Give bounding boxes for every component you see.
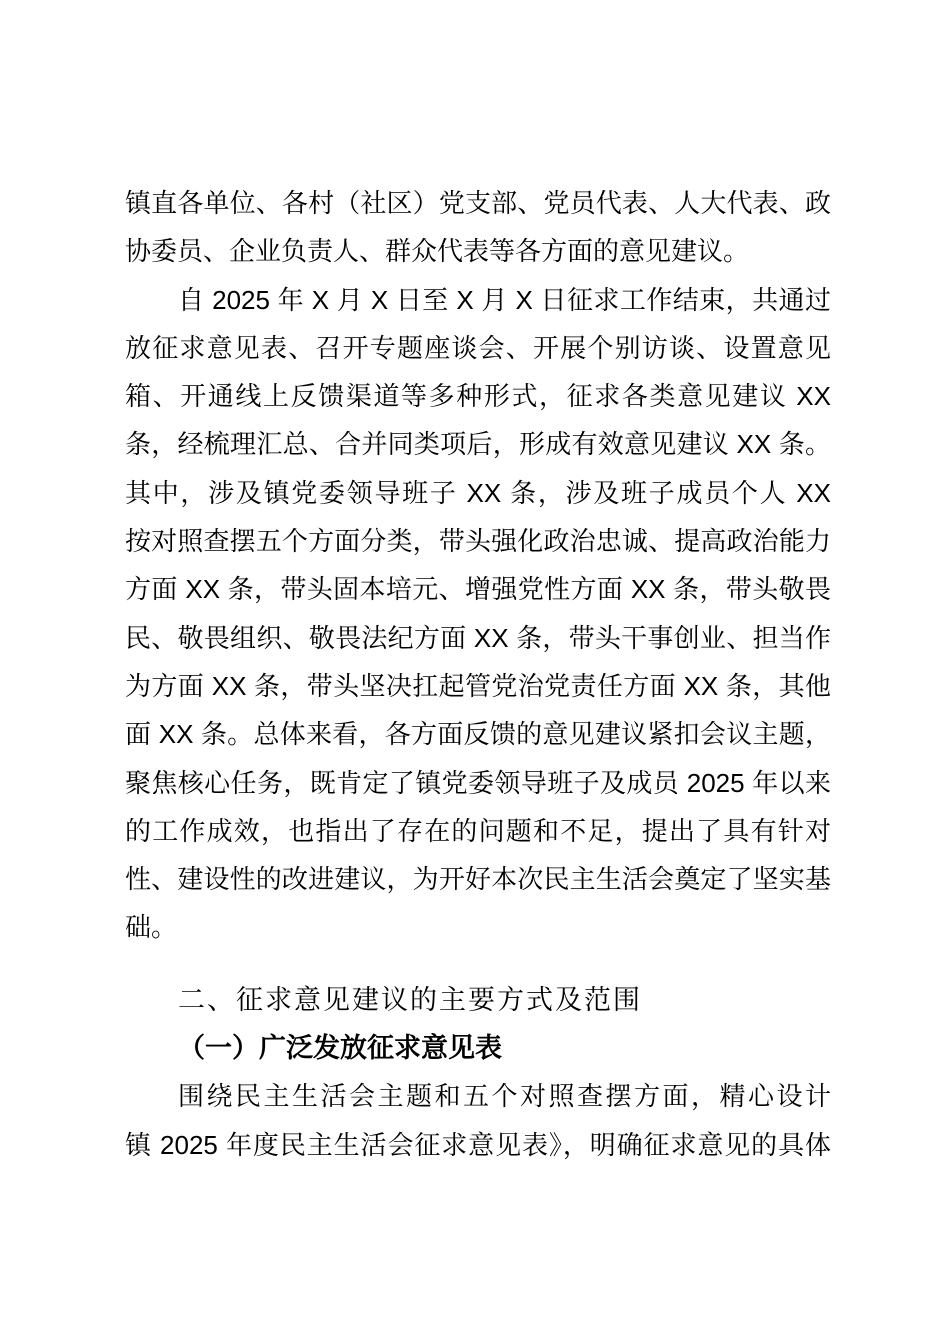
text-line: 聚焦核心任务，既肯定了镇党委领导班子及成员 2025 年以来: [125, 759, 831, 807]
text-line: 条，经梳理汇总、合并同类项后，形成有效意见建议 XX 条。: [125, 420, 831, 468]
text-line: 箱、开通线上反馈渠道等多种形式，征求各类意见建议 XX: [125, 372, 831, 420]
paragraph-form-design: 围绕民主生活会主题和五个对照查摆方面，精心设计《XX 镇 2025 年度民主生活…: [125, 1072, 831, 1169]
paragraph-results-summary: 自 2025 年 X 月 X 日至 X 月 X 日征求工作结束，共通过发 放征求…: [125, 276, 831, 952]
text-line: 放征求意见表、召开专题座谈会、开展个别访谈、设置意见: [125, 324, 831, 372]
text-line: 协委员、企业负责人、群众代表等各方面的意见建议。: [125, 227, 831, 275]
text-line: 民、敬畏组织、敬畏法纪方面 XX 条，带头干事创业、担当作: [125, 614, 831, 662]
text-line: 自 2025 年 X 月 X 日至 X 月 X 日征求工作结束，共通过发: [125, 276, 831, 324]
paragraph-carryover: 镇直各单位、各村（社区）党支部、党员代表、人大代表、政 协委员、企业负责人、群众…: [125, 179, 831, 276]
text-line: 围绕民主生活会主题和五个对照查摆方面，精心设计《XX: [125, 1072, 831, 1120]
subsection-heading: （一）广泛发放征求意见表: [125, 1024, 831, 1072]
text-line: 其中，涉及镇党委领导班子 XX 条，涉及班子成员个人 XX 条；: [125, 469, 831, 517]
text-line: 为方面 XX 条，带头坚决扛起管党治党责任方面 XX 条，其他方: [125, 662, 831, 710]
text-line: 的工作成效，也指出了存在的问题和不足，提出了具有针对: [125, 807, 831, 855]
text-line: 按对照查摆五个方面分类，带头强化政治忠诚、提高政治能力: [125, 517, 831, 565]
text-line: 础。: [125, 903, 831, 951]
document-page: 镇直各单位、各村（社区）党支部、党员代表、人大代表、政 协委员、企业负责人、群众…: [0, 0, 950, 1344]
text-line: 方面 XX 条，带头固本培元、增强党性方面 XX 条，带头敬畏人: [125, 565, 831, 613]
text-line: 镇直各单位、各村（社区）党支部、党员代表、人大代表、政: [125, 179, 831, 227]
text-line: 镇 2025 年度民主生活会征求意见表》，明确征求意见的具体: [125, 1121, 831, 1169]
text-line: 面 XX 条。总体来看，各方面反馈的意见建议紧扣会议主题，: [125, 710, 831, 758]
page-text-column: 镇直各单位、各村（社区）党支部、党员代表、人大代表、政 协委员、企业负责人、群众…: [125, 179, 831, 1169]
text-line: 性、建设性的改进建议，为开好本次民主生活会奠定了坚实基: [125, 855, 831, 903]
section-heading: 二、征求意见建议的主要方式及范围: [125, 976, 831, 1024]
